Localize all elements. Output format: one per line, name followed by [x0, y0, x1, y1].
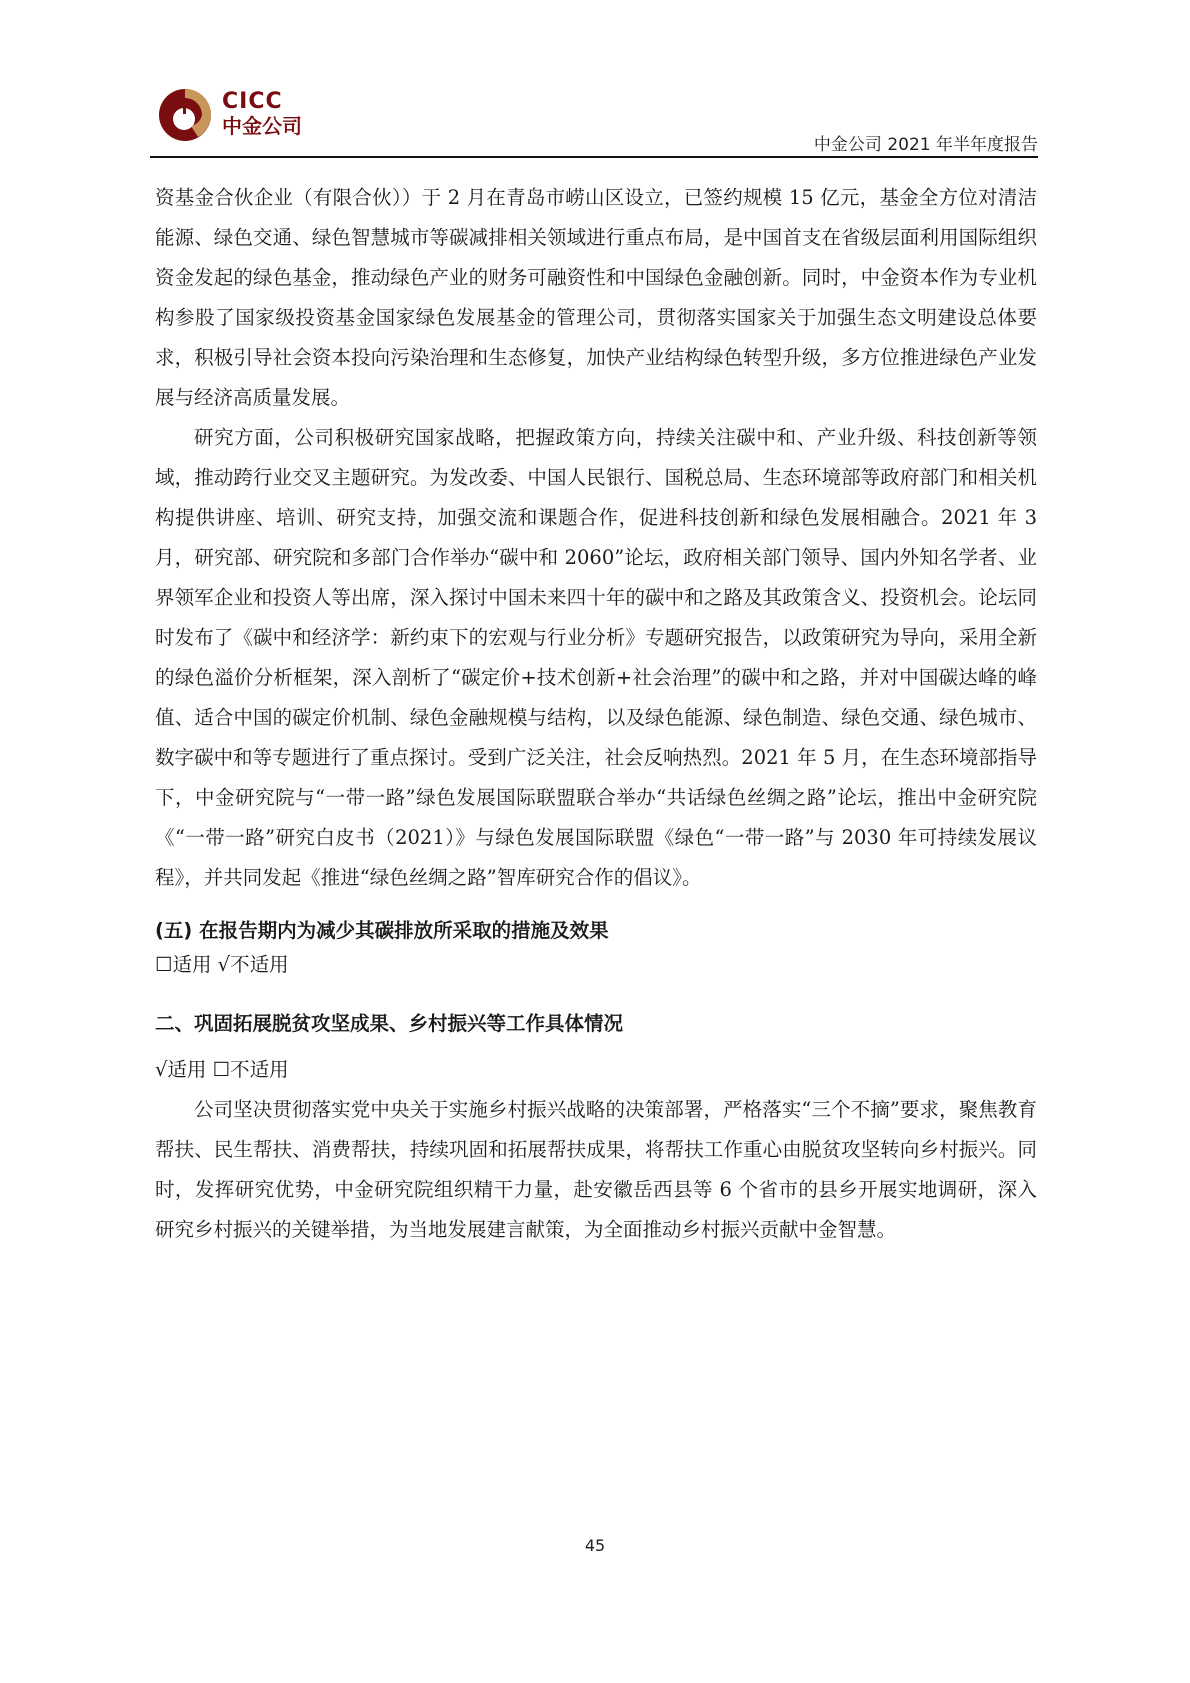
report-title: 中金公司 2021 年半年度报告 [814, 130, 1038, 155]
section5-applicability: ☐适用 √不适用 [155, 948, 1037, 982]
logo-text-cn: 中金公司 [222, 114, 302, 138]
cicc-logo-mark-icon [158, 88, 212, 142]
section5-heading: (五) 在报告期内为减少其碳排放所采取的措施及效果 [155, 914, 1037, 948]
cicc-logo: CICC 中金公司 [158, 88, 308, 148]
section2-heading: 二、巩固拓展脱贫攻坚成果、乡村振兴等工作具体情况 [155, 1004, 1037, 1044]
paragraph-research: 研究方面，公司积极研究国家战略，把握政策方向，持续关注碳中和、产业升级、科技创新… [155, 418, 1037, 898]
logo-text-en: CICC [222, 90, 283, 114]
paragraph-rural-revitalization: 公司坚决贯彻落实党中央关于实施乡村振兴战略的决策部署，严格落实“三个不摘”要求，… [155, 1090, 1037, 1250]
section2-applicability: √适用 ☐不适用 [155, 1050, 1037, 1090]
document-body: 资基金合伙企业（有限合伙））于 2 月在青岛市崂山区设立，已签约规模 15 亿元… [155, 178, 1037, 1250]
page-number: 45 [0, 1536, 1190, 1555]
header-divider [150, 156, 1038, 158]
paragraph-green-fund: 资基金合伙企业（有限合伙））于 2 月在青岛市崂山区设立，已签约规模 15 亿元… [155, 178, 1037, 418]
